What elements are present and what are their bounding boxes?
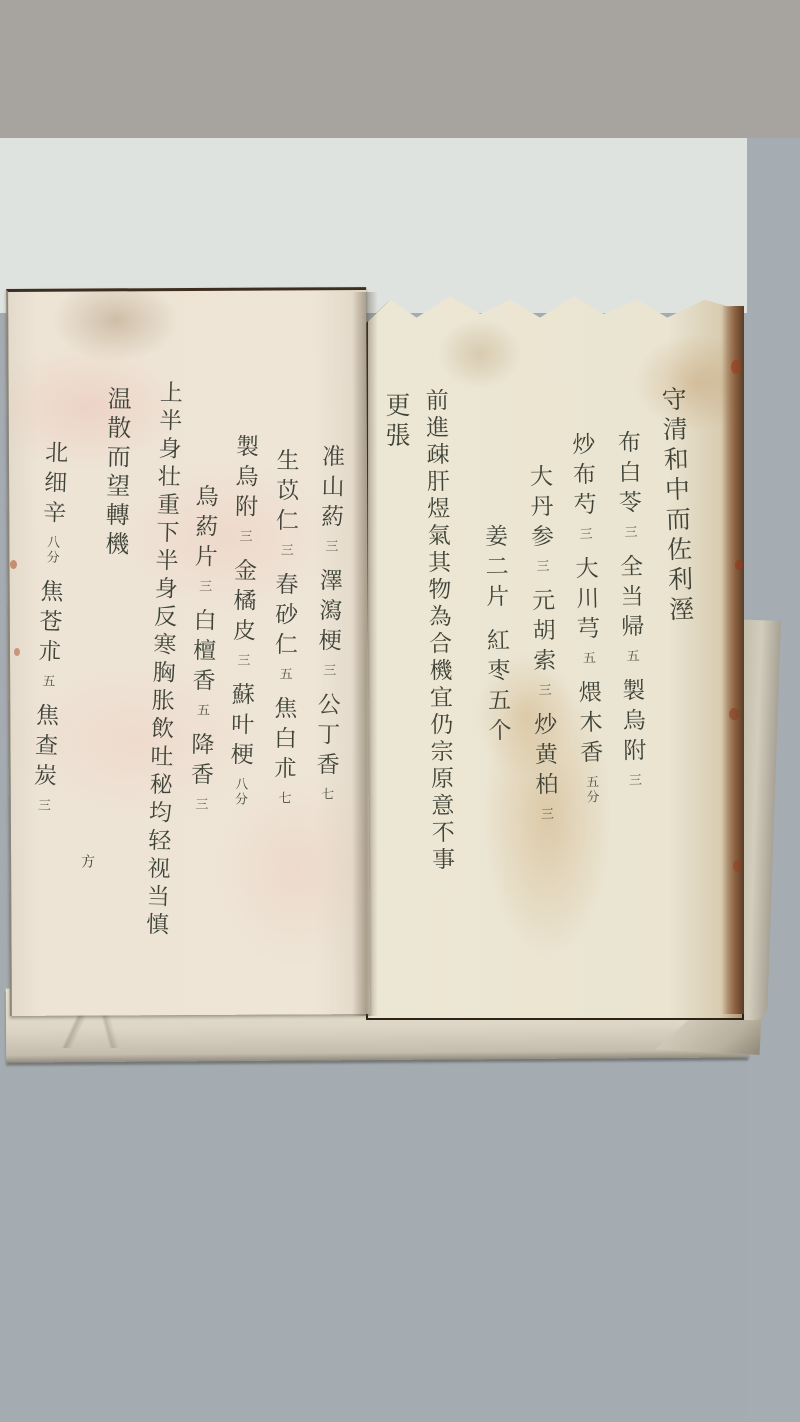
drug-entry: 製烏附三	[234, 434, 255, 544]
drug-dose: 八分	[43, 535, 59, 566]
drug-name: 春砂仁	[271, 572, 298, 662]
drug-dose: 三	[320, 663, 335, 678]
manuscript-photo: 守清和中而佐利溼 布白苓三全当帰五製烏附三 炒布芍三大川芎五煨木香五分 大丹参三…	[0, 0, 800, 1422]
drug-dose: 三	[236, 529, 251, 544]
drug-entry: 白檀香五	[192, 608, 213, 718]
drug-dose: 三	[533, 559, 548, 574]
drug-name: 元胡索	[528, 588, 556, 678]
drug-dose: 五	[580, 651, 595, 666]
drug-dose: 三	[322, 539, 337, 554]
drug-name: 焦白朮	[270, 696, 297, 786]
drug-name: 製烏附	[231, 434, 259, 524]
drug-entry: 澤瀉梗三	[318, 568, 339, 678]
left-prescription-column-3: 製烏附三金橘皮三蘇叶梗八分	[227, 434, 257, 821]
book-spine-edge	[722, 306, 744, 1014]
left-commentary-tail: 温散而望轉機	[102, 386, 129, 560]
drug-entry: 焦查炭三	[33, 703, 56, 814]
drug-dose: 七	[318, 787, 333, 802]
background-light-panel	[0, 138, 747, 313]
drug-entry: 製烏附三	[622, 678, 643, 788]
drug-entry: 准山葯三	[320, 444, 341, 554]
left-prescription-column-2: 生苡仁三春砂仁五焦白朮七	[270, 448, 296, 820]
drug-name: 紅枣五个	[483, 628, 511, 748]
drug-name: 焦查炭	[29, 703, 58, 794]
drug-name: 大丹参	[526, 464, 554, 554]
drug-dose: 三	[621, 525, 636, 540]
drug-entry: 焦白朮七	[273, 696, 293, 806]
drug-name: 澤瀉梗	[315, 568, 343, 658]
drug-name: 准山葯	[317, 444, 345, 534]
stain	[735, 560, 743, 570]
drug-name: 炒黄柏	[530, 712, 558, 802]
drug-dose: 三	[35, 798, 51, 814]
drug-dose: 三	[278, 543, 293, 558]
drug-dose: 三	[192, 797, 207, 812]
drug-dose: 三	[626, 773, 641, 788]
right-commentary-column: 前進疎肝煜氣其物為合機宜仍宗原意不事	[423, 388, 453, 874]
column-text: 方	[79, 854, 95, 868]
drug-dose: 七	[275, 791, 290, 806]
drug-dose: 五	[194, 703, 209, 718]
drug-entry: 煨木香五分	[578, 680, 600, 805]
drug-entry: 全当帰五	[620, 554, 641, 664]
drug-dose: 三	[538, 807, 553, 822]
stain	[10, 560, 17, 569]
left-margin-mark: 方	[80, 854, 94, 868]
drug-name: 大川芎	[571, 556, 599, 647]
right-adjuvant-column: 姜二片紅枣五个	[482, 524, 509, 762]
drug-name: 蘇叶梗	[226, 682, 254, 772]
stain	[729, 708, 739, 720]
drug-dose: 五分	[583, 775, 599, 805]
drug-entry: 烏葯片三	[194, 484, 215, 594]
drug-name: 焦苍朮	[34, 579, 63, 670]
drug-entry: 炒布芍三	[572, 432, 594, 542]
background-top-band	[0, 0, 800, 138]
drug-dose: 三	[576, 527, 591, 542]
drug-entry: 金橘皮三	[232, 558, 253, 668]
drug-dose: 三	[536, 683, 551, 698]
drug-dose: 五	[39, 674, 55, 690]
right-commentary-tail: 更張	[384, 392, 409, 452]
drug-name: 全当帰	[616, 554, 644, 644]
drug-entry: 公丁香七	[316, 692, 337, 802]
right-prescription-column-1: 布白苓三全当帰五製烏附三	[615, 430, 644, 802]
drug-dose: 八分	[232, 777, 248, 807]
page-gutter	[352, 292, 378, 1016]
drug-name: 姜二片	[481, 524, 509, 614]
column-text: 温散而望轉機	[100, 386, 131, 560]
drug-name: 公丁香	[312, 692, 340, 782]
drug-entry: 大川芎五	[575, 556, 597, 666]
drug-dose: 三	[234, 653, 249, 668]
drug-entry: 炒黄柏三	[534, 712, 555, 822]
drug-name: 生苡仁	[272, 448, 299, 538]
drug-entry: 春砂仁五	[275, 572, 295, 682]
drug-entry: 大丹参三	[530, 464, 551, 574]
stain	[733, 860, 741, 872]
drug-name: 炒布芍	[568, 432, 596, 523]
drug-name: 煨木香	[574, 680, 602, 771]
drug-entry: 北细辛八分	[41, 440, 64, 566]
drug-entry: 紅枣五个	[487, 628, 508, 748]
drug-entry: 生苡仁三	[276, 448, 296, 558]
stain	[731, 360, 740, 374]
drug-entry: 焦苍朮五	[37, 579, 60, 690]
drug-entry: 降香三	[190, 732, 210, 812]
left-prescription-column-4: 烏葯片三白檀香五降香三	[187, 484, 216, 826]
left-prescription-column-1: 准山葯三澤瀉梗三公丁香七	[313, 444, 342, 816]
drug-name: 金橘皮	[229, 558, 257, 648]
stain	[14, 648, 20, 656]
column-text: 更張	[382, 392, 411, 452]
drug-entry: 元胡索三	[532, 588, 553, 698]
drug-name: 布白苓	[614, 430, 642, 520]
drug-name: 北细辛	[39, 440, 68, 531]
drug-name: 烏葯片	[190, 484, 218, 574]
drug-dose: 五	[624, 649, 639, 664]
drug-name: 製烏附	[618, 678, 646, 768]
drug-dose: 三	[196, 579, 211, 594]
drug-entry: 蘇叶梗八分	[230, 682, 251, 807]
drug-name: 降香	[187, 732, 214, 792]
drug-dose: 五	[277, 667, 292, 682]
drug-name: 白檀香	[188, 608, 216, 698]
right-prescription-column-3: 大丹参三元胡索三炒黄柏三	[527, 464, 556, 836]
drug-entry: 布白苓三	[618, 430, 639, 540]
drug-entry: 姜二片	[485, 524, 506, 614]
